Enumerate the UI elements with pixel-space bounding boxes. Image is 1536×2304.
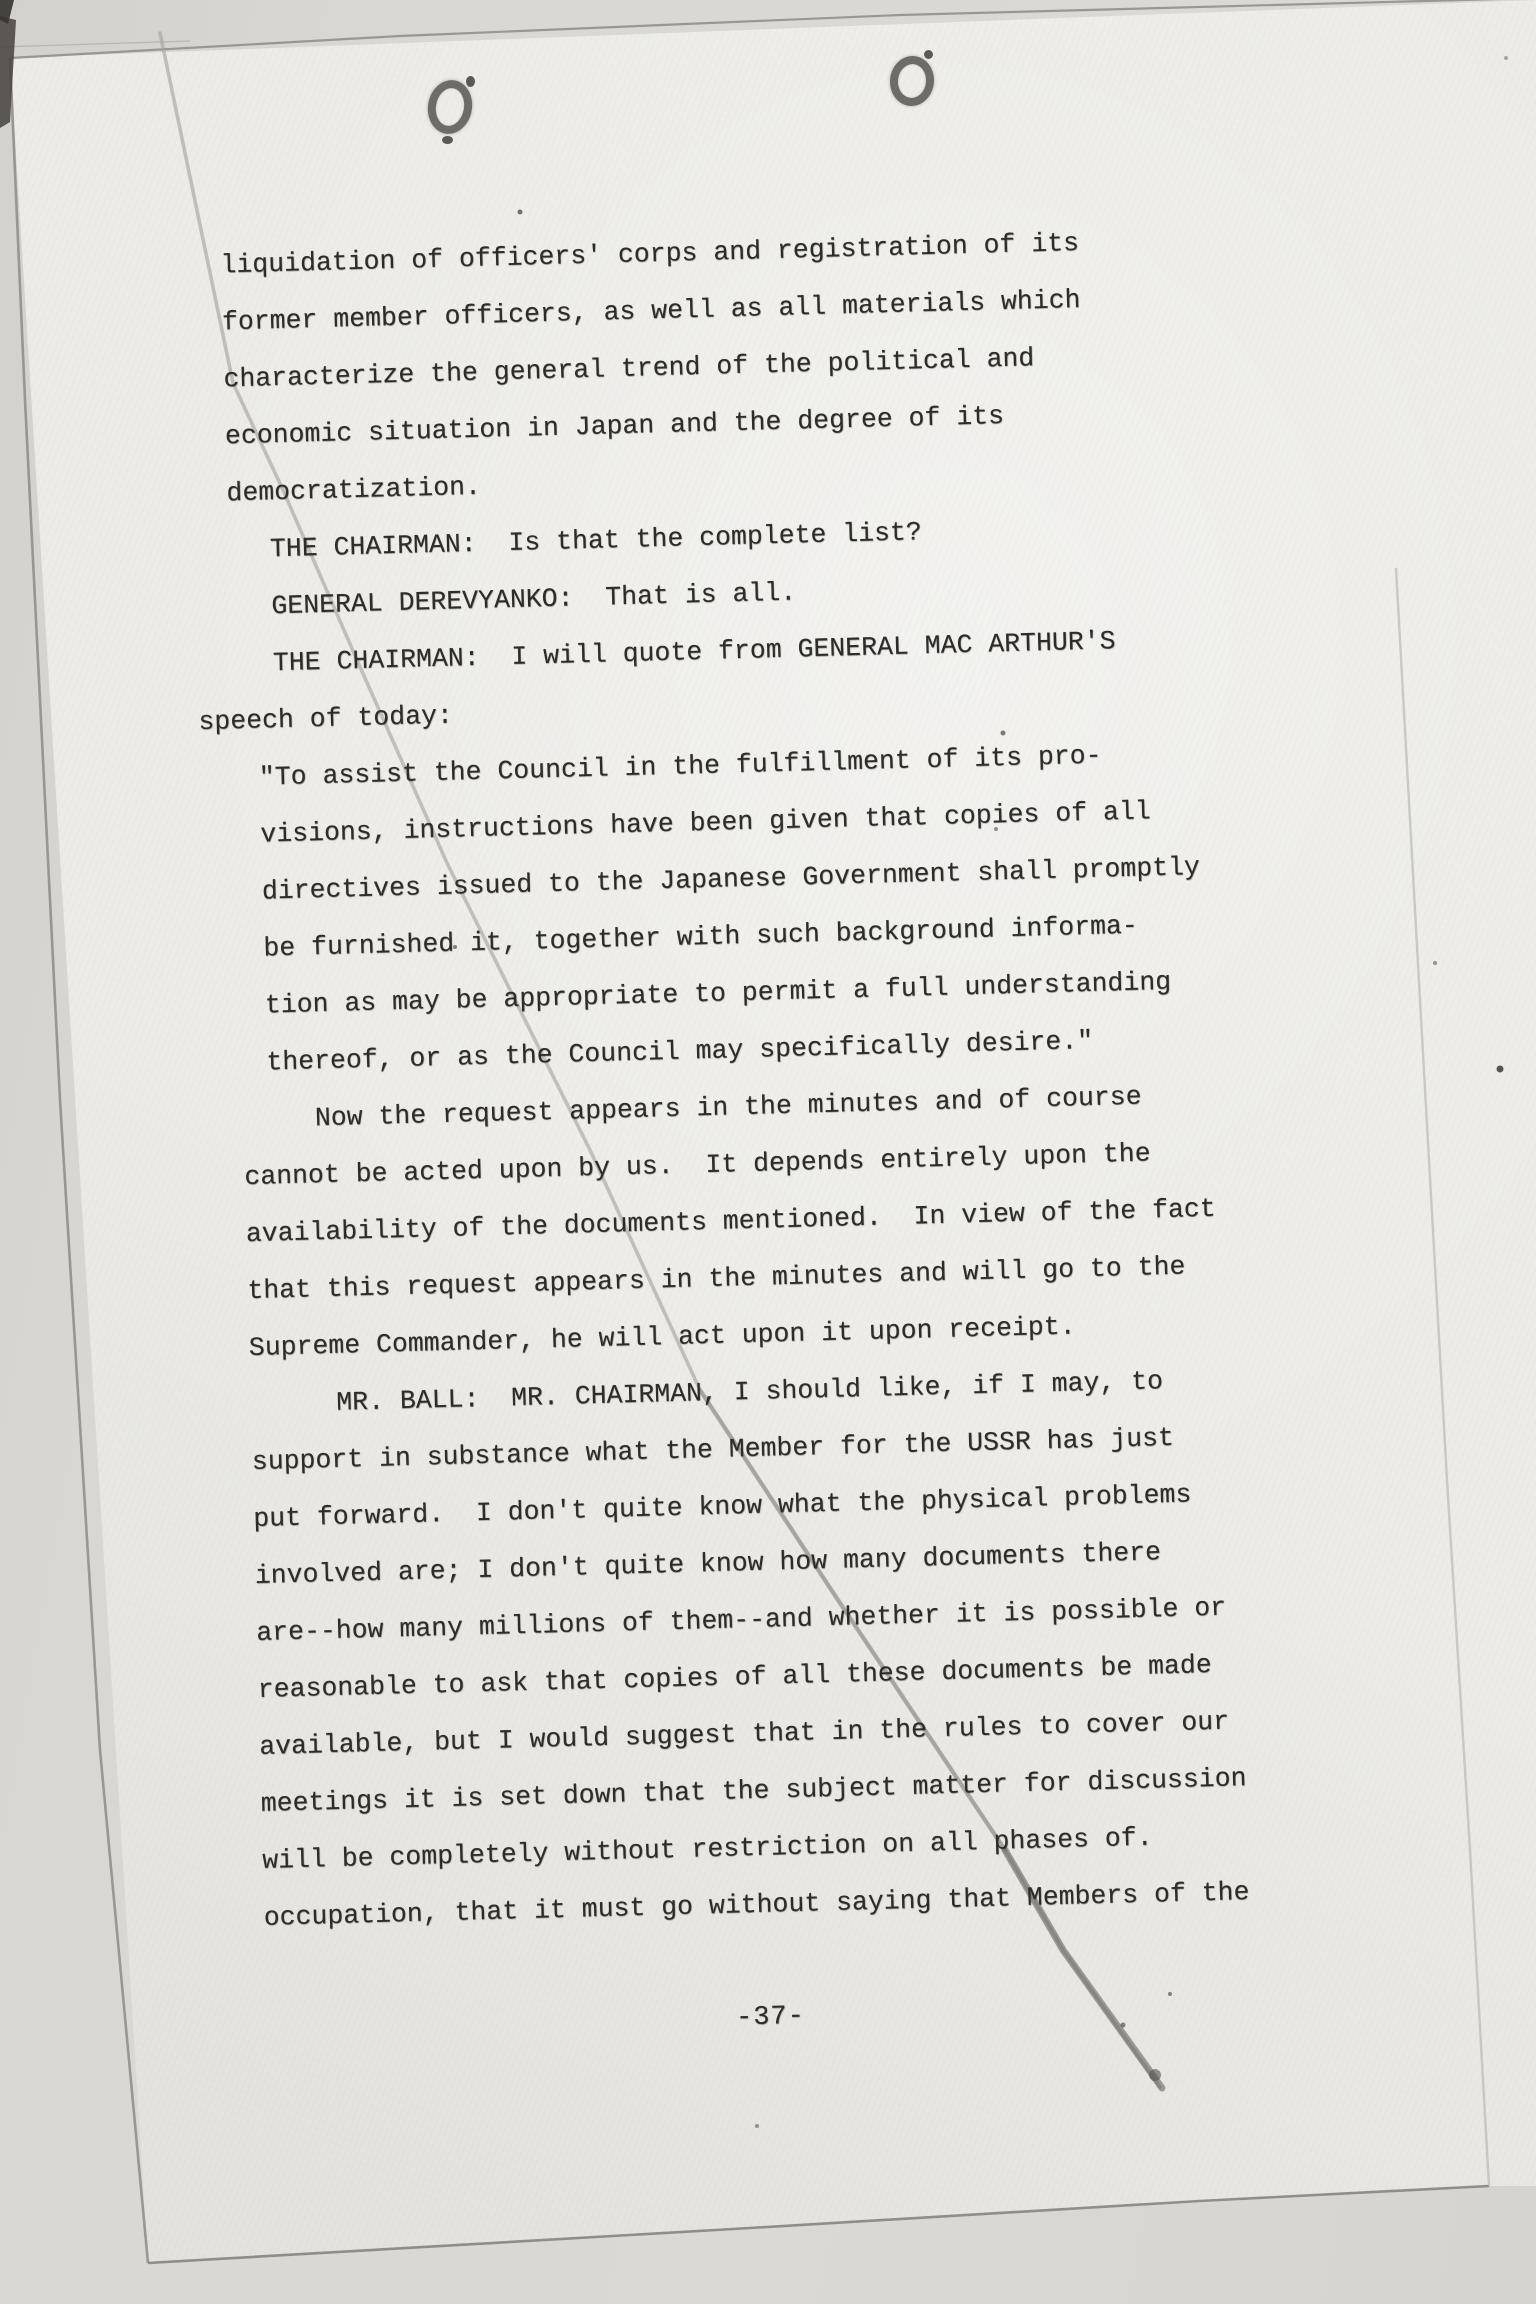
scanned-page-canvas: liquidation of officers' corps and regis… (0, 0, 1536, 2304)
paper-edge-top-double (0, 41, 190, 47)
binder-ring-left-dot-top (466, 76, 475, 87)
binder-ring-right-dot-top (924, 50, 933, 59)
page-number-holder: -37- (184, 210, 1305, 2060)
binder-ring-left-dot-bottom (442, 136, 453, 144)
corner-mark-small (0, 0, 14, 24)
